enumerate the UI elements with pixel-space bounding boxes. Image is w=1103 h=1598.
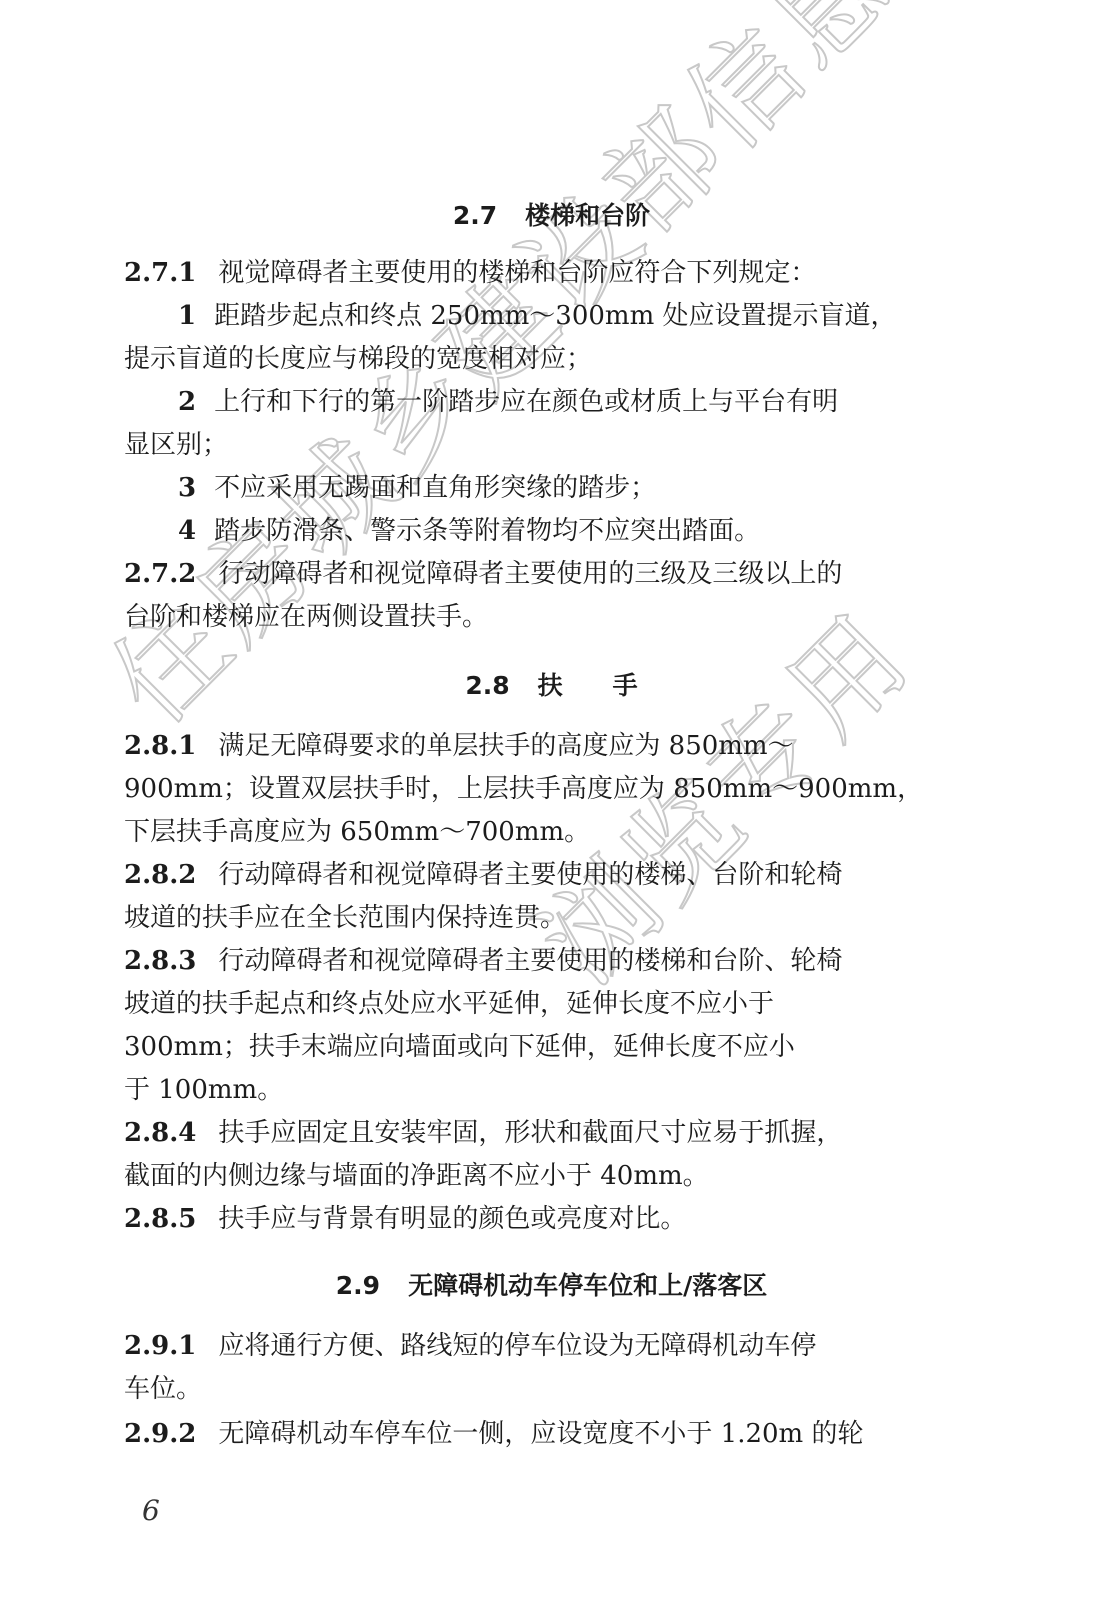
clause-text: 视觉障碍者主要使用的楼梯和台阶应符合下列规定： (218, 258, 816, 288)
item-text: 距踏步起点和终点 250mm～300mm 处应设置提示盲道， (214, 301, 896, 331)
clause-number: 2.7.2 (124, 559, 196, 589)
clause-2-8-1: 2.8.1满足无障碍要求的单层扶手的高度应为 850mm～ (124, 725, 924, 768)
section-number: 2.9 (336, 1271, 380, 1300)
clause-text: 满足无障碍要求的单层扶手的高度应为 850mm～ (218, 731, 793, 761)
list-item: 3不应采用无踢面和直角形突缘的踏步； (124, 467, 978, 510)
section-title-text: 扶 手 (538, 671, 638, 700)
section-number: 2.8 (465, 671, 509, 700)
clause-2-9-1: 2.9.1应将通行方便、路线短的停车位设为无障碍机动车停 (124, 1325, 924, 1368)
item-text: 踏步防滑条、警示条等附着物均不应突出踏面。 (214, 516, 760, 546)
clause-number: 2.7.1 (124, 258, 196, 288)
list-item-continuation: 显区别； (124, 424, 924, 467)
clause-2-7-2: 2.7.2行动障碍者和视觉障碍者主要使用的三级及三级以上的 (124, 553, 924, 596)
clause-continuation: 坡道的扶手应在全长范围内保持连贯。 (124, 897, 924, 940)
clause-2-7-1: 2.7.1视觉障碍者主要使用的楼梯和台阶应符合下列规定： (124, 252, 924, 295)
clause-number: 2.9.1 (124, 1331, 196, 1361)
list-item: 2上行和下行的第一阶踏步应在颜色或材质上与平台有明 (124, 381, 978, 424)
section-heading-2-7: 2.7楼梯和台阶 (0, 196, 1103, 232)
clause-continuation: 300mm；扶手末端应向墙面或向下延伸，延伸长度不应小 (124, 1026, 924, 1069)
clause-continuation: 于 100mm。 (124, 1069, 924, 1112)
clause-text: 扶手应固定且安装牢固，形状和截面尺寸应易于抓握， (218, 1118, 842, 1148)
clause-text: 行动障碍者和视觉障碍者主要使用的三级及三级以上的 (218, 559, 842, 589)
clause-number: 2.9.2 (124, 1419, 196, 1449)
document-page: 2.7楼梯和台阶 2.7.1视觉障碍者主要使用的楼梯和台阶应符合下列规定： 1距… (0, 0, 1103, 1598)
list-item: 1距踏步起点和终点 250mm～300mm 处应设置提示盲道， (124, 295, 978, 338)
section-title-text: 楼梯和台阶 (525, 201, 650, 230)
item-text: 上行和下行的第一阶踏步应在颜色或材质上与平台有明 (214, 387, 838, 417)
clause-2-8-3: 2.8.3行动障碍者和视觉障碍者主要使用的楼梯和台阶、轮椅 (124, 940, 924, 983)
clause-continuation: 车位。 (124, 1368, 924, 1411)
clause-2-8-5: 2.8.5扶手应与背景有明显的颜色或亮度对比。 (124, 1198, 924, 1241)
clause-number: 2.8.1 (124, 731, 196, 761)
clause-number: 2.8.5 (124, 1204, 196, 1234)
section-heading-2-8: 2.8扶 手 (0, 666, 1103, 702)
item-number: 4 (178, 516, 196, 546)
clause-continuation: 截面的内侧边缘与墙面的净距离不应小于 40mm。 (124, 1155, 924, 1198)
clause-2-8-2: 2.8.2行动障碍者和视觉障碍者主要使用的楼梯、台阶和轮椅 (124, 854, 924, 897)
clause-text: 行动障碍者和视觉障碍者主要使用的楼梯和台阶、轮椅 (218, 946, 842, 976)
clause-text: 应将通行方便、路线短的停车位设为无障碍机动车停 (218, 1331, 816, 1361)
list-item: 4踏步防滑条、警示条等附着物均不应突出踏面。 (124, 510, 978, 553)
clause-continuation: 下层扶手高度应为 650mm～700mm。 (124, 811, 924, 854)
list-item-continuation: 提示盲道的长度应与梯段的宽度相对应； (124, 338, 924, 381)
clause-number: 2.8.3 (124, 946, 196, 976)
section-heading-2-9: 2.9无障碍机动车停车位和上/落客区 (0, 1266, 1103, 1302)
section-title-text: 无障碍机动车停车位和上/落客区 (408, 1271, 767, 1300)
page-number: 6 (142, 1494, 160, 1527)
clause-2-8-4: 2.8.4扶手应固定且安装牢固，形状和截面尺寸应易于抓握， (124, 1112, 924, 1155)
clause-continuation: 900mm；设置双层扶手时，上层扶手高度应为 850mm～900mm， (124, 768, 924, 811)
clause-continuation: 台阶和楼梯应在两侧设置扶手。 (124, 596, 924, 639)
clause-text: 无障碍机动车停车位一侧，应设宽度不小于 1.20m 的轮 (218, 1419, 863, 1449)
item-number: 1 (178, 301, 196, 331)
section-number: 2.7 (453, 201, 497, 230)
clause-number: 2.8.4 (124, 1118, 196, 1148)
clause-continuation: 坡道的扶手起点和终点处应水平延伸，延伸长度不应小于 (124, 983, 924, 1026)
clause-number: 2.8.2 (124, 860, 196, 890)
item-number: 2 (178, 387, 196, 417)
clause-text: 行动障碍者和视觉障碍者主要使用的楼梯、台阶和轮椅 (218, 860, 842, 890)
clause-2-9-2: 2.9.2无障碍机动车停车位一侧，应设宽度不小于 1.20m 的轮 (124, 1413, 924, 1456)
item-number: 3 (178, 473, 196, 503)
clause-text: 扶手应与背景有明显的颜色或亮度对比。 (218, 1204, 686, 1234)
item-text: 不应采用无踢面和直角形突缘的踏步； (214, 473, 656, 503)
